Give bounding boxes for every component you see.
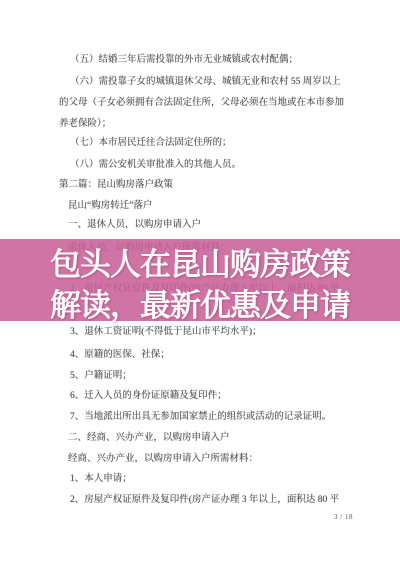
- document-line: 经商、兴办产业，以购房申请入户所需材料：: [68, 453, 258, 465]
- document-line: 3、退休工资证明(不得低于昆山市平均水平)；: [70, 326, 262, 338]
- document-line: 4、原籍的医保、社保；: [70, 349, 170, 361]
- document-line: 一、退休人员，以购房申请入户: [68, 219, 201, 231]
- document-line: 6、迁入人员的身份证原籍及复印件；: [70, 390, 227, 402]
- document-line: 2、房屋产权证原件及复印件(房产证办理 3 年以上，面积达 80 平: [70, 494, 339, 506]
- overlay-title-line-2: 解读，最新优惠及申请: [0, 287, 400, 325]
- page-number: 3 / 18: [334, 513, 353, 521]
- document-line: （七）本市居民迁往合法固定住所的；: [70, 137, 232, 149]
- document-line: 第二篇：昆山购房落户政策: [59, 179, 173, 191]
- document-page: （五）结婚三年后需投靠的外市无业城镇或农村配偶；（六）需投靠子女的城镇退休父母、…: [0, 0, 400, 566]
- document-line: 二、经商、兴办产业，以购房申请入户: [68, 432, 230, 444]
- document-line: （六）需投靠子女的城镇退休父母、城镇无业和农村 55 周岁以上: [70, 76, 341, 88]
- document-line: （五）结婚三年后需投靠的外市无业城镇或农村配偶；: [70, 54, 298, 66]
- document-line: 5、户籍证明；: [70, 370, 132, 382]
- document-line: 昆山“购房转迁”落户: [68, 200, 152, 212]
- document-line: 1、本人申请；: [70, 473, 132, 485]
- document-line: 7、当地派出所出具无参加国家禁止的组织或活动的记录证明。: [70, 411, 331, 423]
- document-line: （八）需公安机关审批准入的其他人员。: [70, 159, 241, 171]
- document-line: 养老保险）；: [59, 118, 111, 130]
- document-line: 的父母（子女必须拥有合法固定住所，父母必须在当地或在本市参加: [59, 97, 344, 109]
- overlay-title-line-1: 包头人在昆山购房政策: [0, 246, 400, 284]
